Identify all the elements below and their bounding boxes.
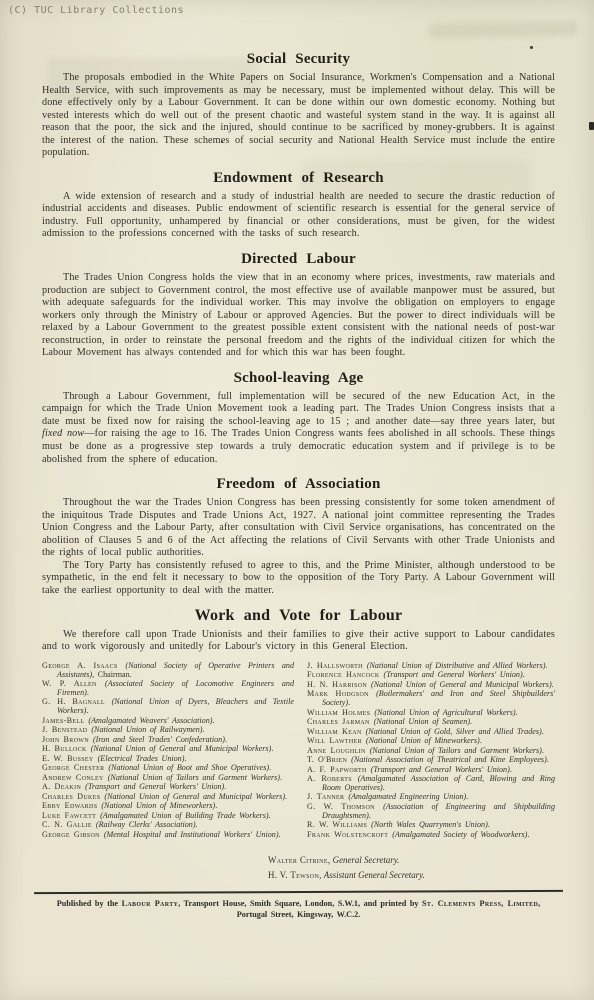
text-segment: (National Union of General and Municipal… bbox=[371, 680, 552, 689]
text-segment: (National Union of General and Municipal… bbox=[91, 744, 272, 753]
text-segment: Charles Jarman bbox=[307, 717, 374, 726]
text-segment: . bbox=[87, 688, 89, 697]
text-segment: . bbox=[488, 820, 490, 829]
text-segment: . bbox=[212, 716, 214, 725]
text-segment: Anne Loughlin bbox=[307, 746, 370, 755]
paragraph-freedom-of-association-2: The Tory Party has consistently refused … bbox=[42, 560, 555, 598]
text-segment: J. Hallsworth bbox=[307, 661, 367, 670]
text-segment: Frank Wolstencroft bbox=[307, 830, 392, 839]
text-segment: The proposals embodied in the White Pape… bbox=[42, 72, 555, 158]
text-segment: (Transport and General Workers' Union) bbox=[371, 765, 510, 774]
text-segment: William Holmes bbox=[307, 708, 374, 717]
signer-item: W. P. Allen (Associated Society of Locom… bbox=[42, 680, 294, 698]
scanned-leaflet-page: (C) TUC Library Collections Social Secur… bbox=[0, 0, 594, 1000]
signer-item: G. W. Thomson (Association of Engineerin… bbox=[307, 803, 555, 821]
paragraph-directed-labour: The Trades Union Congress holds the view… bbox=[42, 272, 555, 360]
section-heading-work-and-vote: Work and Vote for Labour bbox=[42, 607, 555, 625]
signature-name: H. V. Tewson, bbox=[268, 870, 322, 880]
text-segment: , bbox=[538, 899, 540, 908]
text-segment: J. Benstead bbox=[42, 725, 91, 734]
paragraph-work-and-vote: We therefore call upon Trade Unionists a… bbox=[42, 629, 555, 654]
text-segment: (Amalgamated Engineering Union) bbox=[348, 792, 466, 801]
text-segment: St. Clements Press, Limited bbox=[422, 899, 538, 908]
text-segment: . bbox=[271, 744, 273, 753]
text-segment: Portugal Street, Kingsway, W.C.2. bbox=[237, 910, 361, 919]
text-segment: T. O'Brien bbox=[307, 755, 351, 764]
text-segment: John Brown bbox=[42, 735, 93, 744]
text-segment: (National Union of Gold, Silver and Alli… bbox=[366, 727, 542, 736]
imprint-line-1: Published by the Labour Party, Transport… bbox=[42, 899, 555, 910]
text-segment: Published by the bbox=[57, 899, 122, 908]
text-segment: (Iron and Steel Trades' Confederation) bbox=[93, 735, 225, 744]
signature-line: Walter Citrine, General Secretary. bbox=[268, 853, 555, 868]
text-segment: We therefore call upon Trade Unionists a… bbox=[42, 629, 555, 653]
text-segment: . bbox=[542, 727, 544, 736]
paragraph-social-security: The proposals embodied in the White Pape… bbox=[42, 72, 555, 160]
text-segment: Ebby Edwards bbox=[42, 801, 101, 810]
signature-title: General Secretary. bbox=[330, 855, 399, 865]
text-segment: C. N. Gallie bbox=[42, 820, 96, 829]
text-segment: (National Union of Boot and Shoe Operati… bbox=[108, 763, 269, 772]
text-segment: (Mental Hospital and Institutional Worke… bbox=[104, 830, 279, 839]
signer-item: George A. Isaacs (National Society of Op… bbox=[42, 662, 294, 680]
signature-title: Assistant General Secretary. bbox=[322, 870, 425, 880]
text-segment: G. W. Thomson bbox=[307, 802, 383, 811]
text-segment: , Chairman. bbox=[92, 670, 132, 679]
text-segment: . bbox=[86, 706, 88, 715]
text-segment: (National Union of Distributive and Alli… bbox=[367, 661, 546, 670]
text-segment: . bbox=[527, 830, 529, 839]
signer-item: Frank Wolstencroft (Amalgamated Society … bbox=[307, 831, 555, 840]
officers-signatures: Walter Citrine, General Secretary. H. V.… bbox=[268, 853, 555, 882]
signature-name: Walter Citrine, bbox=[268, 855, 330, 865]
text-segment: . bbox=[184, 754, 186, 763]
text-segment: Labour Party bbox=[122, 899, 179, 908]
signatories-columns: George A. Isaacs (National Society of Op… bbox=[42, 662, 555, 841]
text-segment: R. W. Williams bbox=[307, 820, 371, 829]
text-segment: . bbox=[279, 830, 281, 839]
text-segment: (National Union of General and Municipal… bbox=[104, 792, 285, 801]
text-segment: James-Bell bbox=[42, 716, 88, 725]
text-segment: . bbox=[215, 801, 217, 810]
text-segment: (North Wales Quarrymen's Union) bbox=[371, 820, 488, 829]
divider-rule bbox=[34, 890, 563, 894]
text-segment: The Trades Union Congress holds the view… bbox=[42, 272, 555, 358]
text-segment: William Kean bbox=[307, 727, 366, 736]
imprint-line-2: Portugal Street, Kingsway, W.C.2. bbox=[42, 910, 555, 921]
imprint: Published by the Labour Party, Transport… bbox=[42, 899, 555, 920]
leaflet-body: Social Security The proposals embodied i… bbox=[42, 0, 555, 920]
text-segment: Will Lawther bbox=[307, 736, 366, 745]
text-segment: . bbox=[552, 680, 554, 689]
text-segment: George Gibson bbox=[42, 830, 104, 839]
section-heading-freedom-of-association: Freedom of Association bbox=[42, 476, 555, 493]
text-segment: (National Union of Mineworkers) bbox=[366, 736, 480, 745]
text-segment: , Transport House, Smith Square, London,… bbox=[178, 899, 422, 908]
text-segment: H. N. Harrison bbox=[307, 680, 371, 689]
text-segment: (National Association of Theatrical and … bbox=[351, 755, 547, 764]
text-segment: (Electrical Trades Union) bbox=[98, 754, 185, 763]
text-segment: Charles Dukes bbox=[42, 792, 104, 801]
text-segment: A. Roberts bbox=[307, 774, 358, 783]
text-segment: (National Union of Tailors and Garment W… bbox=[108, 773, 280, 782]
text-segment: (Transport and General Workers' Union) bbox=[384, 670, 523, 679]
text-segment: . bbox=[203, 725, 205, 734]
text-segment: A. F. Papworth bbox=[307, 765, 371, 774]
signer-item: G. H. Bagnall (National Union of Dyers, … bbox=[42, 698, 294, 716]
text-segment: W. P. Allen bbox=[42, 679, 105, 688]
text-segment: George A. Isaacs bbox=[42, 661, 125, 670]
text-segment: Through a Labour Government, full implem… bbox=[42, 391, 555, 427]
text-segment: . bbox=[369, 811, 371, 820]
section-heading-directed-labour: Directed Labour bbox=[42, 251, 555, 268]
text-segment: . bbox=[269, 811, 271, 820]
text-segment: (National Union of Tailors and Garment W… bbox=[370, 746, 542, 755]
text-segment: (National Union of Agricultural Workers) bbox=[374, 708, 515, 717]
text-segment: (Amalgamated Association of Card, Blowin… bbox=[322, 774, 555, 792]
text-segment: E. W. Bussey bbox=[42, 754, 98, 763]
text-segment: Throughout the war the Trades Union Cong… bbox=[42, 497, 555, 558]
text-segment: . bbox=[470, 717, 472, 726]
text-segment: Andrew Conley bbox=[42, 773, 108, 782]
section-heading-social-security: Social Security bbox=[42, 51, 555, 68]
text-segment: . bbox=[547, 755, 549, 764]
text-segment: . bbox=[196, 820, 198, 829]
text-segment: A. Deakin bbox=[42, 782, 85, 791]
text-segment: Mark Hodgson bbox=[307, 689, 376, 698]
section-heading-school-leaving-age: School-leaving Age bbox=[42, 370, 555, 387]
text-segment: fixed now bbox=[42, 428, 84, 439]
text-segment: Florence Hancock bbox=[307, 670, 384, 679]
text-segment: (National Union of Seamen) bbox=[374, 717, 470, 726]
text-segment: . bbox=[348, 698, 350, 707]
text-segment: . bbox=[225, 735, 227, 744]
text-segment: —for raising the age to 16. The Trades U… bbox=[42, 428, 555, 464]
text-segment: . bbox=[224, 782, 226, 791]
text-segment: J. Tanner bbox=[307, 792, 348, 801]
text-segment: . bbox=[545, 661, 547, 670]
signer-item: George Gibson (Mental Hospital and Insti… bbox=[42, 831, 294, 840]
signer-item: Mark Hodgson (Boilermakers' and Iron and… bbox=[307, 690, 555, 708]
text-segment: G. H. Bagnall bbox=[42, 697, 112, 706]
signer-item: A. Roberts (Amalgamated Association of C… bbox=[307, 775, 555, 793]
text-segment: Luke Fawcett bbox=[42, 811, 100, 820]
text-segment: (Amalgamated Union of Building Trade Wor… bbox=[100, 811, 268, 820]
text-segment: . bbox=[269, 763, 271, 772]
text-segment: . bbox=[280, 773, 282, 782]
text-segment: (Railway Clerks' Association) bbox=[96, 820, 196, 829]
text-segment: . bbox=[480, 736, 482, 745]
text-segment: . bbox=[510, 765, 512, 774]
text-segment: . bbox=[383, 783, 385, 792]
text-segment: The Tory Party has consistently refused … bbox=[42, 560, 555, 596]
text-segment: (Amalgamated Weavers' Association) bbox=[88, 716, 212, 725]
text-segment: (Amalgamated Society of Woodworkers) bbox=[392, 830, 527, 839]
paragraph-freedom-of-association-1: Throughout the war the Trades Union Cong… bbox=[42, 497, 555, 560]
paragraph-school-leaving-age: Through a Labour Government, full implem… bbox=[42, 391, 555, 466]
signatories-left-column: George A. Isaacs (National Society of Op… bbox=[42, 662, 294, 841]
text-segment: (Transport and General Workers' Union) bbox=[85, 782, 224, 791]
text-segment: H. Bullock bbox=[42, 744, 91, 753]
text-segment: . bbox=[542, 746, 544, 755]
text-segment: (National Union of Mineworkers) bbox=[101, 801, 215, 810]
text-segment: (National Union of Railwaymen) bbox=[91, 725, 202, 734]
text-segment: . bbox=[516, 708, 518, 717]
text-segment: . bbox=[466, 792, 468, 801]
signature-line: H. V. Tewson, Assistant General Secretar… bbox=[268, 868, 555, 883]
scan-speck bbox=[589, 122, 594, 130]
text-segment: . bbox=[285, 792, 287, 801]
signatories-right-column: J. Hallsworth (National Union of Distrib… bbox=[307, 662, 555, 841]
text-segment: . bbox=[523, 670, 525, 679]
paragraph-endowment-of-research: A wide extension of research and a study… bbox=[42, 191, 555, 241]
section-heading-endowment-of-research: Endowment of Research bbox=[42, 170, 555, 187]
text-segment: A wide extension of research and a study… bbox=[42, 191, 555, 240]
text-segment: George Chester bbox=[42, 763, 108, 772]
